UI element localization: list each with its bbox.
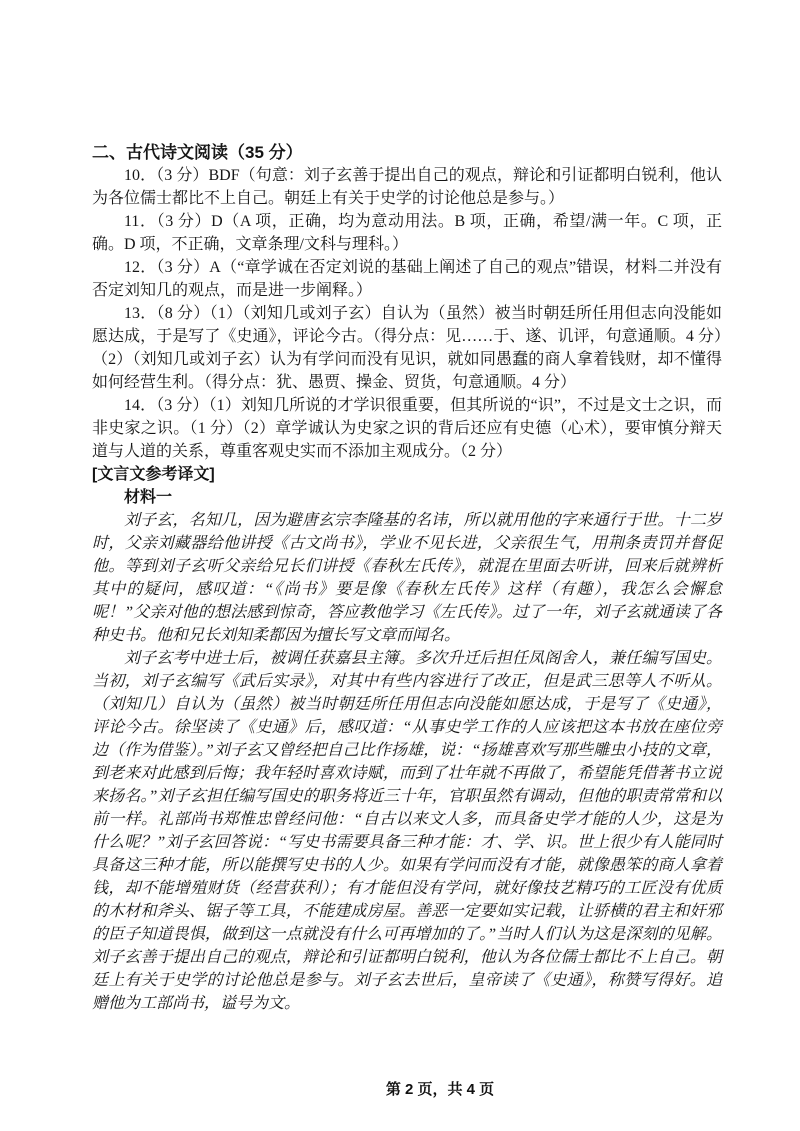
answer-item-12: 12．（3 分）A（“章学诚在否定刘说的基础上阐述了自己的观点”错误，材料二并没… (92, 256, 722, 302)
document-page: 二、古代诗文阅读（35 分） 10．（3 分）BDF（句意：刘子玄善于提出自己的… (92, 141, 722, 1015)
translation-paragraph-1: 刘子玄，名知几，因为避唐玄宗李隆基的名讳，所以就用他的字来通行于世。十二岁时，父… (92, 509, 722, 647)
material-one-title: 材料一 (92, 486, 722, 509)
answer-item-14: 14．（3 分）（1）刘知几所说的才学识很重要，但其所说的“识”，不过是文士之识… (92, 394, 722, 463)
answer-item-13: 13．（8 分）（1）（刘知几或刘子玄）自认为（虽然）被当时朝廷所任用但志向没能… (92, 302, 722, 394)
answer-item-11: 11．（3 分）D（A 项，正确，均为意动用法。B 项，正确，希望/满一年。C … (92, 210, 722, 256)
translation-paragraph-2: 刘子玄考中进士后，被调任获嘉县主簿。多次升迁后担任凤阁舍人，兼任编写国史。当初，… (92, 647, 722, 1015)
page-number-footer: 第 2 页，共 4 页 (80, 1080, 800, 1100)
section-heading: 二、古代诗文阅读（35 分） (92, 141, 722, 164)
translation-section-title: [文言文参考译文] (92, 463, 722, 486)
answer-item-10: 10．（3 分）BDF（句意：刘子玄善于提出自己的观点，辩论和引证都明白锐利，他… (92, 164, 722, 210)
